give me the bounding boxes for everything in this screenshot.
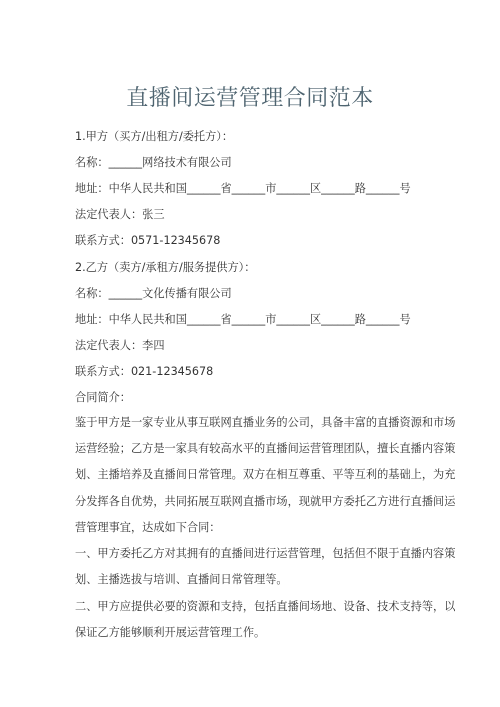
clause-line: 保证乙方能够顺利开展运营管理工作。 [75, 620, 437, 646]
party-a-heading: 1.甲方（买方/出租方/委托方）： [75, 129, 233, 145]
intro-heading: 合同简介： [75, 390, 131, 406]
clause-line: 划、主播选拔与培训、直播间日常管理等。 [75, 567, 437, 593]
intro-line: 划、主播培养及直播间日常管理。双方在相互尊重、平等互利的基础上，为充 [75, 462, 437, 488]
party-b-heading: 2.乙方（卖方/承租方/服务提供方）： [75, 260, 255, 276]
party-a-contact: 联系方式：0571-12345678 [75, 233, 220, 249]
document-page: 直播间运营管理合同范本 1.甲方（买方/出租方/委托方）： 名称：______网… [0, 0, 500, 707]
party-b-legal-rep: 法定代表人：李四 [75, 338, 165, 354]
party-a-name: 名称：______网络技术有限公司 [75, 155, 232, 171]
party-b-address: 地址：中华人民共和国______省______市______区______路__… [75, 312, 411, 328]
party-a-address: 地址：中华人民共和国______省______市______区______路__… [75, 181, 411, 197]
clause-line: 一、甲方委托乙方对其拥有的直播间进行运营管理，包括但不限于直播内容策 [75, 541, 437, 567]
clause-1: 一、甲方委托乙方对其拥有的直播间进行运营管理，包括但不限于直播内容策 划、主播选… [75, 541, 437, 593]
intro-line: 分发挥各自优势，共同拓展互联网直播市场，现就甲方委托乙方进行直播间运 [75, 489, 437, 515]
clause-2: 二、甲方应提供必要的资源和支持，包括直播间场地、设备、技术支持等，以 保证乙方能… [75, 594, 437, 646]
intro-line: 鉴于甲方是一家专业从事互联网直播业务的公司，具备丰富的直播资源和市场 [75, 410, 437, 436]
clause-line: 二、甲方应提供必要的资源和支持，包括直播间场地、设备、技术支持等，以 [75, 594, 437, 620]
party-b-contact: 联系方式：021-12345678 [75, 364, 213, 380]
intro-line: 运营经验；乙方是一家具有较高水平的直播间运营管理团队，擅长直播内容策 [75, 436, 437, 462]
document-title: 直播间运营管理合同范本 [0, 84, 500, 114]
party-a-legal-rep: 法定代表人：张三 [75, 207, 165, 223]
party-b-name: 名称：______文化传播有限公司 [75, 286, 232, 302]
intro-line: 营管理事宜，达成如下合同： [75, 515, 437, 541]
intro-paragraph: 鉴于甲方是一家专业从事互联网直播业务的公司，具备丰富的直播资源和市场 运营经验；… [75, 410, 437, 541]
